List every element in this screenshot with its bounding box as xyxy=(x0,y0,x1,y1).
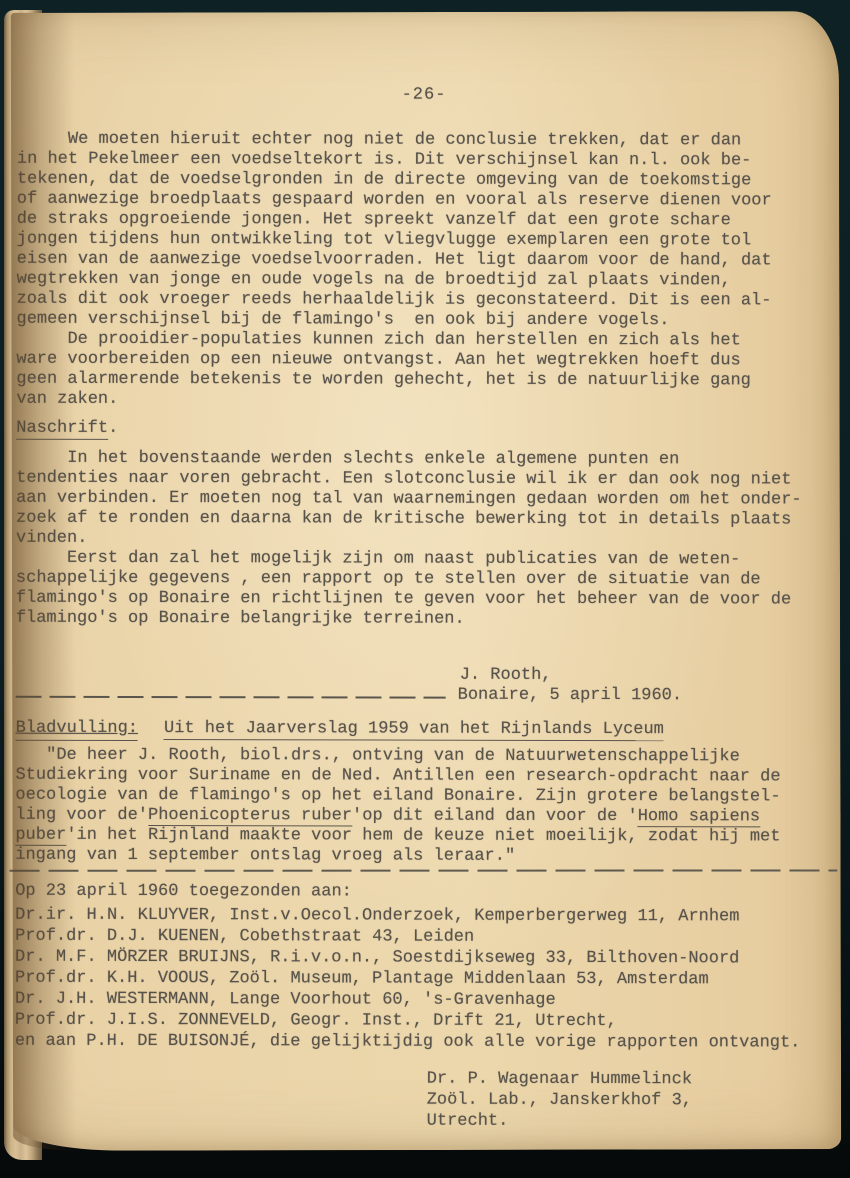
quote-text-3: 'in het Rijnland maakte voor hem de keuz… xyxy=(15,826,780,866)
bladvulling-title: Uit het Jaarverslag 1959 van het Rijnlan… xyxy=(164,719,664,741)
quote-text-2: 'op dit eiland dan voor de ' xyxy=(352,806,638,826)
closing-address: Zoöl. Lab., Janskerkhof 3, xyxy=(427,1090,829,1112)
bladvulling-heading-line: Bladvulling:Uit het Jaarverslag 1959 van… xyxy=(16,719,830,741)
species-name-homo-sapiens: Homo sapiens xyxy=(638,807,760,827)
naschrift-heading: Naschrift. xyxy=(16,419,830,441)
recipient-line: Dr. J.H. WESTERMANN, Lange Voorhout 60, … xyxy=(15,989,829,1012)
closing-city: Utrecht. xyxy=(427,1111,829,1133)
typed-dash-rule xyxy=(16,696,446,699)
bladvulling-quote: "De heer J. Rooth, biol.drs., ontving va… xyxy=(15,746,829,868)
recipient-line: Prof.dr. K.H. VOOUS, Zoöl. Museum, Plant… xyxy=(15,968,829,991)
document-page: -26- We moeten hieruit echter nog niet d… xyxy=(11,11,841,1151)
species-name-phoenicopterus: Phoenicopterus ruber xyxy=(148,806,352,826)
naschrift-heading-text: Naschrift xyxy=(16,419,108,440)
signature-name: J. Rooth, xyxy=(16,665,830,687)
signature-place-date: Bonaire, 5 april 1960. xyxy=(458,686,682,707)
scanned-document-page: { "page": { "number": "-26-" }, "body": … xyxy=(0,0,850,1178)
closing-name: Dr. P. Wagenaar Hummelinck xyxy=(427,1069,829,1091)
typed-separator-rule xyxy=(9,869,837,871)
paragraph-prey-populations: De prooidier-populaties kunnen zich dan … xyxy=(16,330,830,412)
paragraph-naschrift-1: In het bovenstaande werden slechts enkel… xyxy=(16,449,830,551)
recipient-line: Dr.ir. H.N. KLUYVER, Inst.v.Oecol.Onderz… xyxy=(15,905,829,928)
naschrift-heading-period: . xyxy=(108,419,118,438)
recipient-line: Prof.dr. J.I.S. ZONNEVELD, Geogr. Inst.,… xyxy=(15,1010,829,1033)
closing-signature-block: Dr. P. Wagenaar Hummelinck Zoöl. Lab., J… xyxy=(15,1068,829,1133)
distribution-heading: Op 23 april 1960 toegezonden aan: xyxy=(15,882,829,904)
paragraph-naschrift-2: Eerst dan zal het mogelijk zijn om naast… xyxy=(16,549,830,631)
paragraph-conclusion: We moeten hieruit echter nog niet de con… xyxy=(16,130,830,332)
recipient-line: en aan P.H. DE BUISONJÉ, die gelijktijdi… xyxy=(15,1031,829,1054)
signature-place-line: Bonaire, 5 april 1960. xyxy=(16,685,830,707)
typewritten-content: -26- We moeten hieruit echter nog niet d… xyxy=(9,13,840,1153)
recipient-list: Dr.ir. H.N. KLUYVER, Inst.v.Oecol.Onderz… xyxy=(15,905,829,1054)
recipient-line: Dr. M.F. MÖRZER BRUIJNS, R.i.v.o.n., Soe… xyxy=(15,947,829,970)
page-number: -26- xyxy=(17,85,831,107)
recipient-line: Prof.dr. D.J. KUENEN, Cobethstraat 43, L… xyxy=(15,926,829,949)
species-name-puber: puber xyxy=(15,826,66,846)
bladvulling-label: Bladvulling: xyxy=(16,719,138,741)
